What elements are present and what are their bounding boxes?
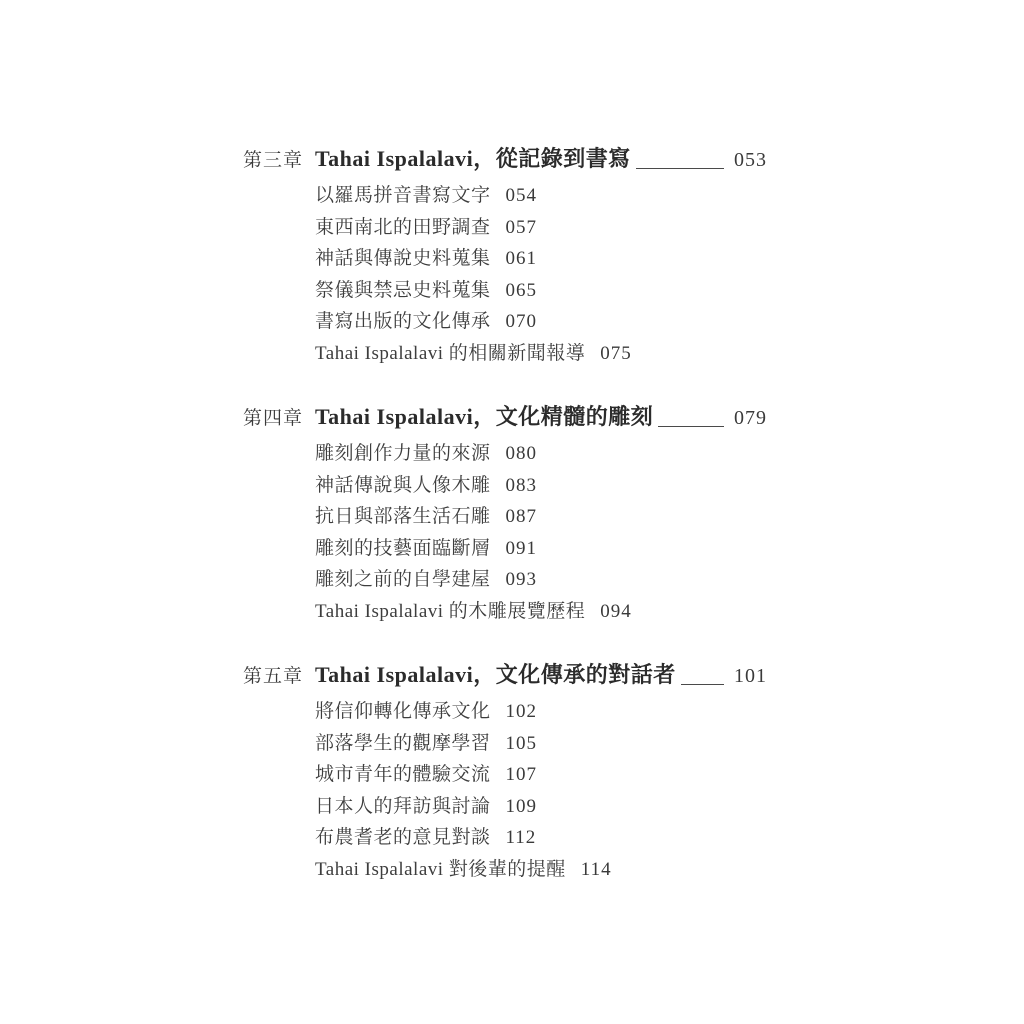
toc-entry-page-number: 109 (506, 796, 538, 818)
toc-entry-page-number: 114 (581, 859, 612, 881)
toc-entry-page-number: 112 (506, 827, 537, 849)
toc-section: 第五章Tahai Ispalalavi，文化傳承的對話者101將信仰轉化傳承文化… (243, 658, 767, 885)
toc-entry-title: 祭儀與禁忌史料蒐集 (315, 275, 491, 302)
toc-entry-row: Tahai Ispalalavi 的木雕展覽歷程094 (315, 596, 767, 628)
toc-entry-title: 抗日與部落生活石雕 (315, 501, 491, 528)
toc-entry-page-number: 061 (506, 248, 538, 270)
toc-item-list: 以羅馬拼音書寫文字054東西南北的田野調查057神話與傳說史料蒐集061祭儀與禁… (315, 180, 767, 369)
toc-entry-row: 日本人的拜訪與討論109 (315, 791, 767, 823)
toc-entry-page-number: 087 (506, 506, 538, 528)
toc-entry-row: 東西南北的田野調查057 (315, 212, 767, 244)
toc-entry-row: 將信仰轉化傳承文化102 (315, 696, 767, 728)
toc-entry-row: 神話與傳說史料蒐集061 (315, 243, 767, 275)
toc-entry-title: 以羅馬拼音書寫文字 (315, 180, 491, 207)
chapter-title: Tahai Ispalalavi，文化傳承的對話者 (315, 658, 676, 689)
chapter-label: 第三章 (243, 145, 315, 172)
toc-entry-title: Tahai Ispalalavi 的木雕展覽歷程 (315, 596, 585, 623)
toc-entry-title: 雕刻的技藝面臨斷層 (315, 533, 491, 560)
toc-entry-title: 書寫出版的文化傳承 (315, 306, 491, 333)
toc-entry-page-number: 075 (600, 343, 632, 365)
toc-entry-page-number: 080 (506, 443, 538, 465)
toc-entry-page-number: 083 (506, 475, 538, 497)
toc-entry-page-number: 070 (506, 311, 538, 333)
toc-entry-page-number: 065 (506, 280, 538, 302)
toc-entry-title: 日本人的拜訪與討論 (315, 791, 491, 818)
toc-entry-title: 城市青年的體驗交流 (315, 759, 491, 786)
toc-entry-row: 雕刻的技藝面臨斷層091 (315, 533, 767, 565)
leader-line (658, 426, 724, 427)
toc-entry-page-number: 094 (600, 601, 632, 623)
chapter-page-number: 079 (734, 407, 767, 430)
toc-item-list: 將信仰轉化傳承文化102部落學生的觀摩學習105城市青年的體驗交流107日本人的… (315, 696, 767, 885)
toc-item-list: 雕刻創作力量的來源080神話傳說與人像木雕083抗日與部落生活石雕087雕刻的技… (315, 438, 767, 627)
toc-entry-title: 布農耆老的意見對談 (315, 822, 491, 849)
toc-section: 第三章Tahai Ispalalavi，從記錄到書寫053以羅馬拼音書寫文字05… (243, 142, 767, 369)
book-page: 第三章Tahai Ispalalavi，從記錄到書寫053以羅馬拼音書寫文字05… (0, 0, 1024, 1024)
toc-entry-row: 城市青年的體驗交流107 (315, 759, 767, 791)
toc-entry-row: 書寫出版的文化傳承070 (315, 306, 767, 338)
toc-entry-page-number: 057 (506, 217, 538, 239)
toc-entry-title: 東西南北的田野調查 (315, 212, 491, 239)
chapter-title: Tahai Ispalalavi，從記錄到書寫 (315, 142, 631, 173)
toc-entry-row: 神話傳說與人像木雕083 (315, 470, 767, 502)
toc-entry-page-number: 091 (506, 538, 538, 560)
chapter-label: 第四章 (243, 403, 315, 430)
toc-entry-page-number: 093 (506, 569, 538, 591)
toc-entry-row: 抗日與部落生活石雕087 (315, 501, 767, 533)
toc-entry-title: 將信仰轉化傳承文化 (315, 696, 491, 723)
chapter-label: 第五章 (243, 661, 315, 688)
toc-entry-page-number: 107 (506, 764, 538, 786)
toc-entry-page-number: 102 (506, 701, 538, 723)
toc-entry-title: 神話傳說與人像木雕 (315, 470, 491, 497)
toc-entry-title: Tahai Ispalalavi 對後輩的提醒 (315, 854, 566, 881)
toc-section: 第四章Tahai Ispalalavi，文化精髓的雕刻079雕刻創作力量的來源0… (243, 400, 767, 627)
chapter-title: Tahai Ispalalavi，文化精髓的雕刻 (315, 400, 653, 431)
toc-entry-row: 祭儀與禁忌史料蒐集065 (315, 275, 767, 307)
toc-entry-row: 部落學生的觀摩學習105 (315, 728, 767, 760)
toc-entry-title: 雕刻之前的自學建屋 (315, 564, 491, 591)
chapter-heading-row: 第四章Tahai Ispalalavi，文化精髓的雕刻079 (243, 400, 767, 431)
leader-line (681, 684, 724, 685)
toc-entry-title: 部落學生的觀摩學習 (315, 728, 491, 755)
leader-line (636, 168, 724, 169)
chapter-page-number: 101 (734, 665, 767, 688)
toc-entry-row: Tahai Ispalalavi 的相關新聞報導075 (315, 338, 767, 370)
toc-entry-row: 以羅馬拼音書寫文字054 (315, 180, 767, 212)
toc-entry-row: 雕刻創作力量的來源080 (315, 438, 767, 470)
toc-entry-page-number: 054 (506, 185, 538, 207)
chapter-page-number: 053 (734, 149, 767, 172)
toc-entry-row: 布農耆老的意見對談112 (315, 822, 767, 854)
toc-entry-title: 雕刻創作力量的來源 (315, 438, 491, 465)
chapter-heading-row: 第五章Tahai Ispalalavi，文化傳承的對話者101 (243, 658, 767, 689)
chapter-heading-row: 第三章Tahai Ispalalavi，從記錄到書寫053 (243, 142, 767, 173)
toc-entry-page-number: 105 (506, 733, 538, 755)
toc-entry-row: Tahai Ispalalavi 對後輩的提醒114 (315, 854, 767, 886)
toc-entry-row: 雕刻之前的自學建屋093 (315, 564, 767, 596)
toc-entry-title: 神話與傳說史料蒐集 (315, 243, 491, 270)
table-of-contents: 第三章Tahai Ispalalavi，從記錄到書寫053以羅馬拼音書寫文字05… (243, 142, 767, 885)
toc-entry-title: Tahai Ispalalavi 的相關新聞報導 (315, 338, 585, 365)
